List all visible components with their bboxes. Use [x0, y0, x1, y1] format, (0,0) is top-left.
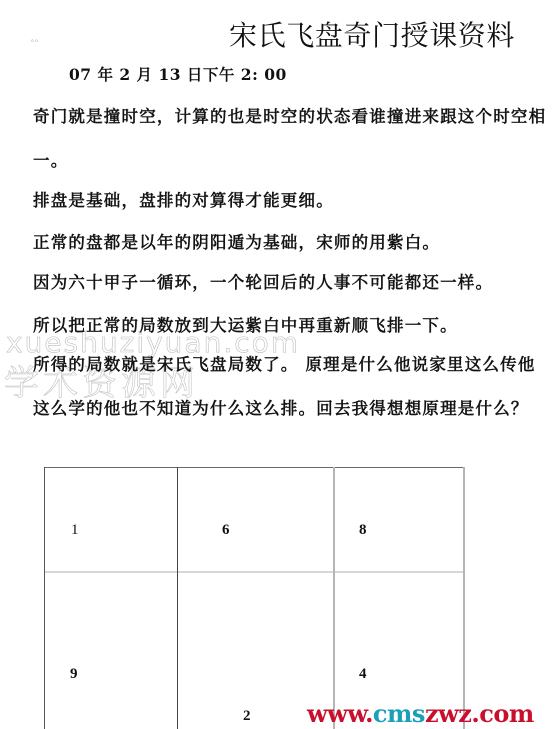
grid-cell-number: 1	[71, 522, 79, 539]
grid-cell-number: 9	[70, 666, 78, 683]
lesson-datetime: 07 年 2 月 13 日下午 2: 00	[69, 63, 287, 85]
grid-column-divider-1	[177, 467, 178, 729]
leading-marks: 。。	[31, 33, 43, 44]
watermark-url-suffix: zwz.com	[425, 699, 534, 728]
grid-cell-number: 6	[222, 522, 230, 539]
grid-cell-number: 4	[359, 666, 367, 683]
grid-top-border	[44, 467, 465, 468]
watermark-bottom-url: www.cmszwz.com	[307, 699, 534, 728]
nine-palace-grid: 1 6 8 9 2 4	[44, 467, 464, 729]
paragraph-6: 所得的局数就是宋氏飞盘局数了。 原理是什么他说家里这么传他	[33, 351, 536, 375]
grid-row-divider	[44, 571, 465, 573]
paragraph-4: 因为六十甲子一循环，一个轮回后的人事不可能都还一样。	[33, 269, 493, 293]
paragraph-5: 所以把正常的局数放到大运紫白中再重新顺飞排一下。	[33, 312, 458, 336]
paragraph-2: 排盘是基础，盘排的对算得才能更细。	[33, 187, 334, 211]
paragraph-3: 正常的盘都是以年的阴阳遁为基础，宋师的用紫白。	[33, 229, 440, 253]
paragraph-1: 奇门就是撞时空，计算的也是时空的状态看谁撞进来跟这个时空相	[33, 103, 546, 127]
grid-column-divider-2	[333, 467, 335, 729]
paragraph-1-continued: 一。	[33, 147, 68, 171]
grid-cell-number: 2	[243, 708, 251, 725]
paragraph-7: 这么学的他也不知道为什么这么排。回去我得想想原理是什么？	[33, 395, 529, 419]
grid-cell-number: 8	[359, 522, 367, 539]
watermark-url-middle: cms	[373, 699, 425, 728]
grid-right-border	[463, 467, 465, 729]
watermark-url-prefix: www.	[307, 699, 373, 728]
grid-left-border	[44, 467, 45, 729]
page-title: 宋氏飞盘奇门授课资料	[229, 14, 515, 54]
